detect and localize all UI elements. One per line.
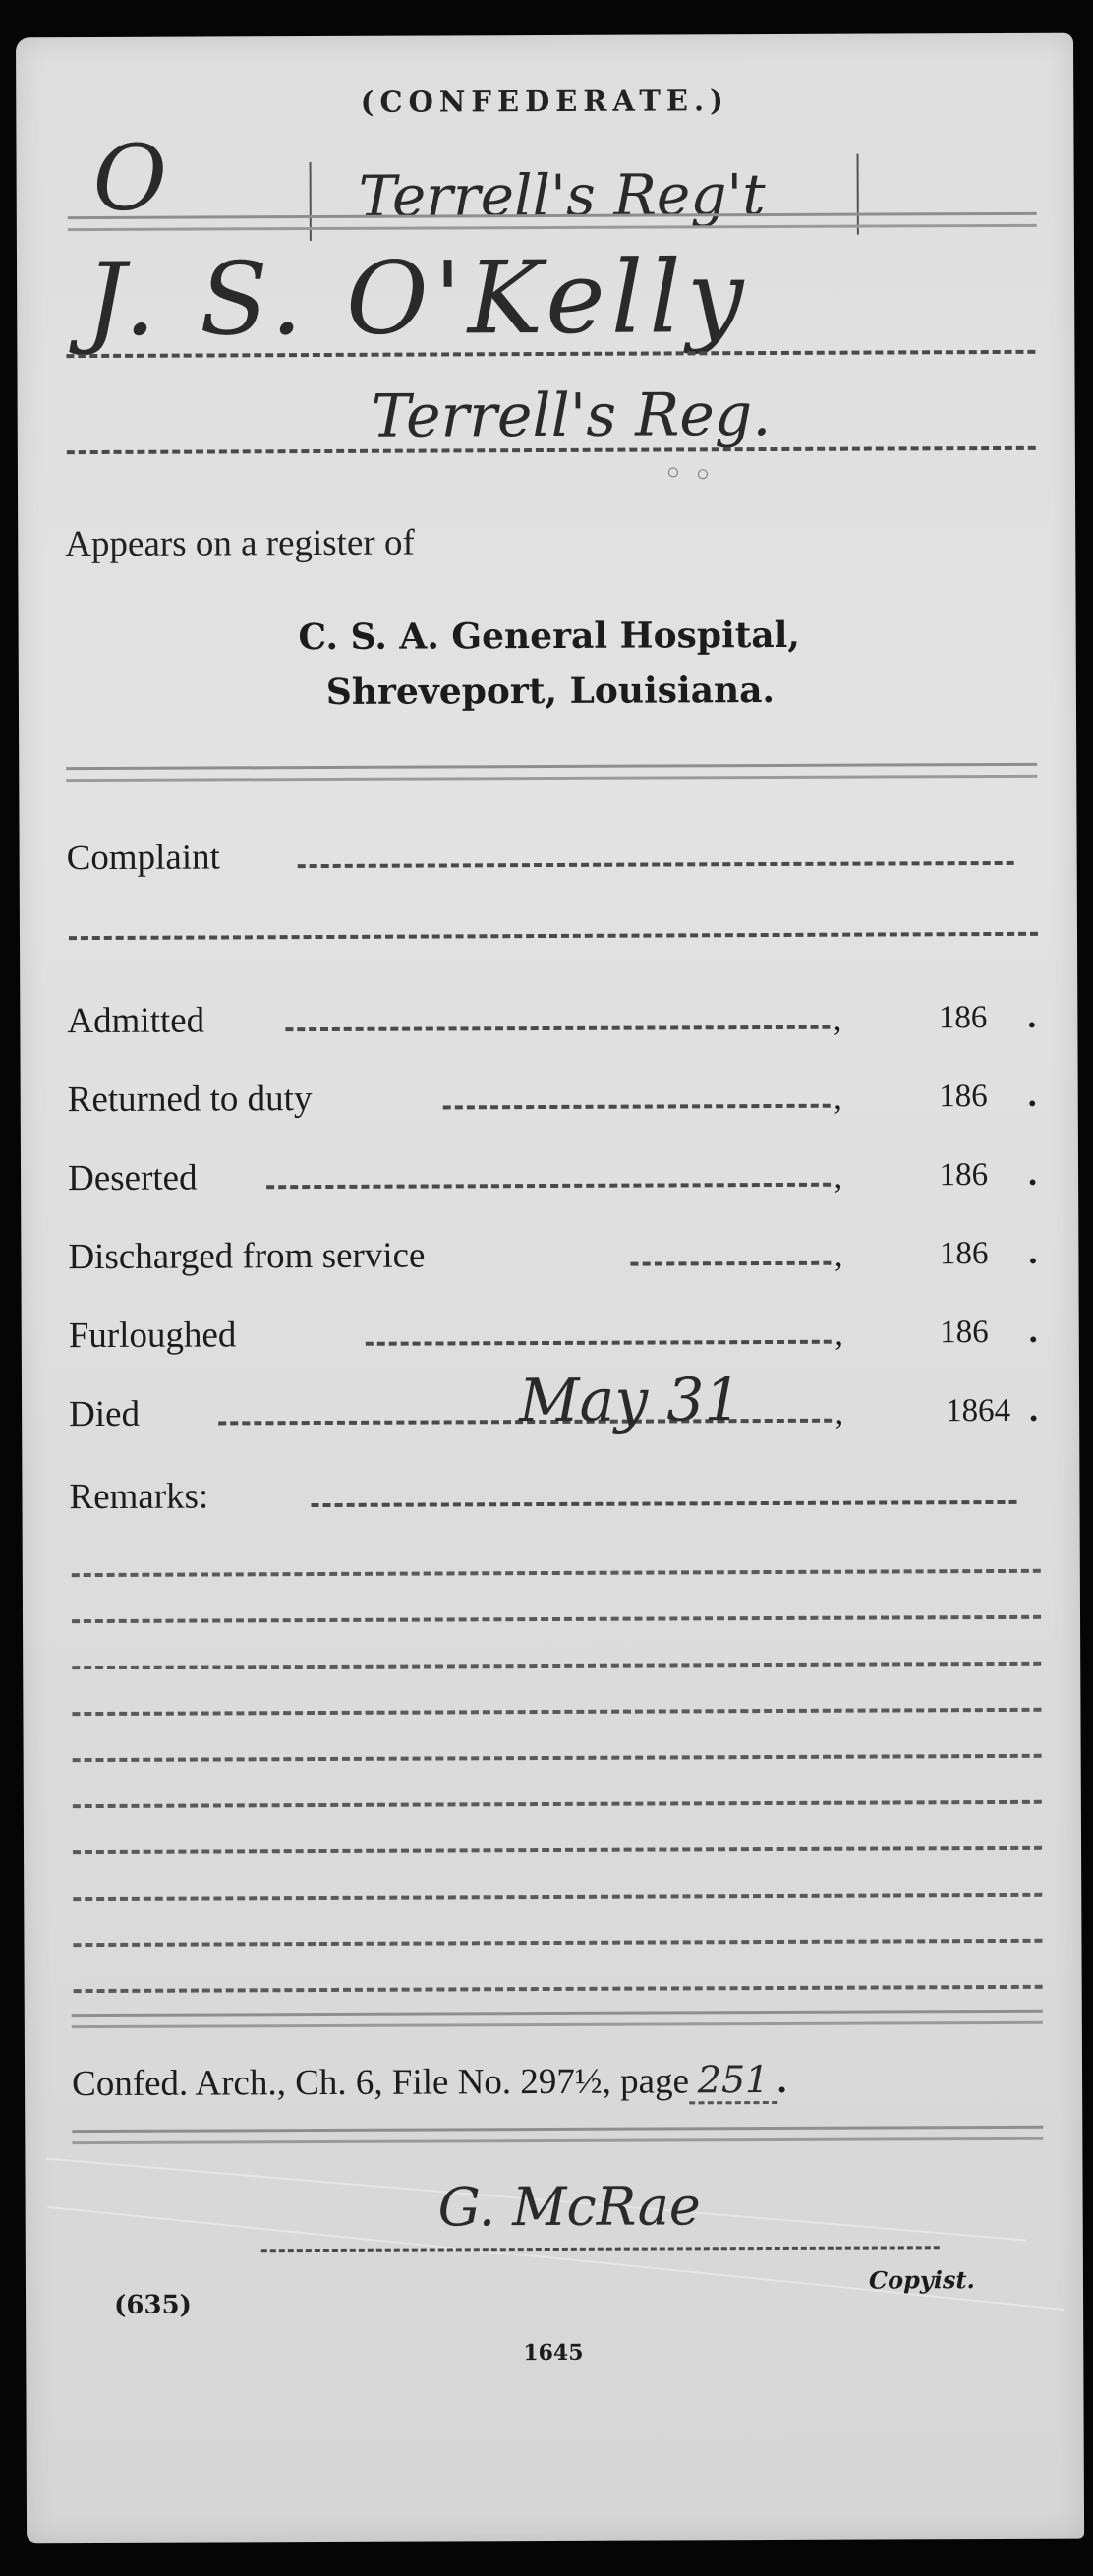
comma: , bbox=[834, 1238, 843, 1275]
field-period: . bbox=[1027, 995, 1036, 1036]
field-row-died: Died May 31 , 1864 . bbox=[69, 1382, 1046, 1435]
archive-page-number: 251 bbox=[689, 2058, 777, 2104]
remarks-line[interactable] bbox=[73, 1800, 1042, 1808]
card-header: (CONFEDERATE.) bbox=[16, 83, 1073, 121]
punch-mark-icon bbox=[668, 467, 678, 477]
complaint-label: Complaint bbox=[67, 836, 220, 879]
field-period: . bbox=[1028, 1074, 1037, 1115]
record-card: (CONFEDERATE.) O Terrell's Reg't J. S. O… bbox=[16, 33, 1084, 2544]
remarks-line[interactable] bbox=[72, 1615, 1041, 1623]
hospital-double-rule bbox=[66, 763, 1037, 782]
remarks-line[interactable] bbox=[73, 1846, 1042, 1854]
punch-mark-icon bbox=[698, 469, 708, 479]
form-number: (635) bbox=[114, 2291, 192, 2320]
field-dash-line[interactable] bbox=[266, 1183, 831, 1190]
field-label: Furloughed bbox=[69, 1314, 237, 1357]
archive-period: . bbox=[777, 2061, 786, 2101]
field-row-furloughed: Furloughed , 186 . bbox=[69, 1304, 1046, 1357]
field-dash-line[interactable] bbox=[285, 1025, 830, 1031]
print-number: 1645 bbox=[523, 2340, 583, 2366]
archive-bottom-double-rule bbox=[72, 2126, 1043, 2144]
field-label: Discharged from service bbox=[68, 1235, 425, 1279]
hospital-name-line1: C. S. A. General Hospital, bbox=[19, 614, 1076, 660]
field-dash-line[interactable] bbox=[443, 1104, 831, 1110]
field-dash-line[interactable] bbox=[366, 1340, 832, 1346]
register-intro: Appears on a register of bbox=[65, 522, 415, 566]
field-year: 1864 bbox=[946, 1393, 1010, 1430]
field-year: 186 bbox=[939, 1000, 988, 1036]
remarks-dash-line[interactable] bbox=[312, 1500, 1017, 1507]
surname-initial: O bbox=[92, 134, 167, 224]
field-year: 186 bbox=[940, 1315, 989, 1351]
copyist-signature: G. McRae bbox=[438, 2180, 701, 2234]
comma: , bbox=[835, 1395, 844, 1433]
field-period: . bbox=[1028, 1152, 1037, 1194]
field-row-returned-to-duty: Returned to duty , 186 . bbox=[68, 1068, 1045, 1121]
complaint-dash-line[interactable] bbox=[298, 861, 1014, 868]
field-year: 186 bbox=[939, 1157, 988, 1194]
unit-dash-line bbox=[67, 446, 1036, 454]
archive-reference-text: Confed. Arch., Ch. 6, File No. 297½, pag… bbox=[72, 2061, 689, 2104]
field-label: Returned to duty bbox=[68, 1078, 313, 1121]
remarks-line[interactable] bbox=[74, 1985, 1043, 1993]
field-label: Died bbox=[69, 1393, 140, 1435]
field-label: Deserted bbox=[68, 1157, 198, 1200]
remarks-line[interactable] bbox=[72, 1569, 1041, 1577]
field-row-admitted: Admitted , 186 . bbox=[67, 989, 1044, 1042]
remarks-line[interactable] bbox=[73, 1893, 1042, 1901]
field-period: . bbox=[1029, 1388, 1038, 1430]
copyist-label: Copyist. bbox=[869, 2265, 975, 2294]
field-row-discharged: Discharged from service , 186 . bbox=[68, 1225, 1045, 1278]
soldier-name: J. S. O'Kelly bbox=[86, 243, 750, 356]
complaint-continuation-line[interactable] bbox=[69, 932, 1038, 940]
soldier-unit: Terrell's Reg. bbox=[372, 382, 772, 449]
remarks-line[interactable] bbox=[73, 1754, 1042, 1762]
died-date-handwritten: May 31 bbox=[519, 1366, 742, 1435]
archive-reference: Confed. Arch., Ch. 6, File No. 297½, pag… bbox=[72, 2057, 1049, 2110]
comma: , bbox=[834, 1317, 843, 1354]
field-year: 186 bbox=[939, 1079, 988, 1115]
field-period: . bbox=[1028, 1231, 1037, 1272]
signature-dash-line bbox=[261, 2246, 940, 2252]
comma: , bbox=[834, 1159, 842, 1197]
hospital-name-line2: Shreveport, Louisiana. bbox=[19, 669, 1076, 715]
comma: , bbox=[834, 1002, 842, 1039]
remarks-label: Remarks: bbox=[69, 1476, 208, 1519]
field-label: Admitted bbox=[67, 1000, 204, 1043]
remarks-line[interactable] bbox=[72, 1662, 1041, 1669]
remarks-row: Remarks: bbox=[69, 1465, 1046, 1518]
comma: , bbox=[834, 1081, 842, 1118]
remarks-line[interactable] bbox=[73, 1939, 1042, 1947]
top-double-rule bbox=[68, 212, 1037, 231]
field-dash-line[interactable] bbox=[630, 1261, 831, 1266]
field-year: 186 bbox=[940, 1236, 989, 1272]
field-row-deserted: Deserted , 186 . bbox=[68, 1146, 1045, 1200]
complaint-row: Complaint bbox=[67, 826, 1044, 879]
archive-top-double-rule bbox=[72, 2010, 1043, 2028]
field-period: . bbox=[1029, 1310, 1038, 1351]
remarks-line[interactable] bbox=[72, 1708, 1041, 1716]
